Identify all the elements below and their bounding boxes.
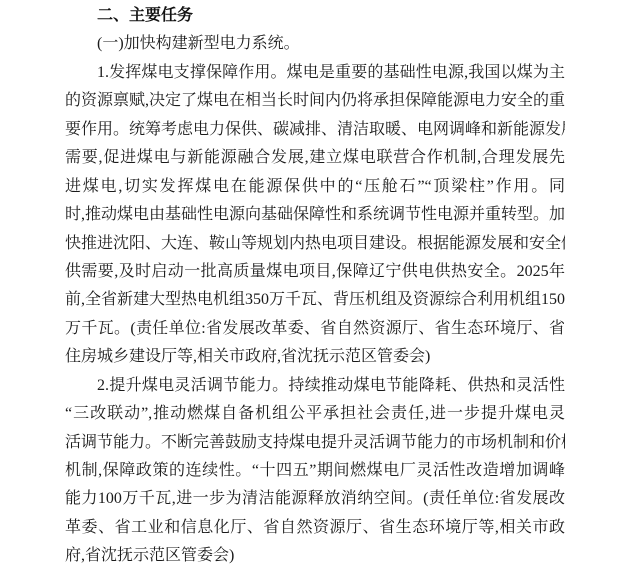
- text-line: 快推进沈阳、大连、鞍山等规划内热电项目建设。根据能源发展和安全保: [65, 230, 565, 258]
- text-line: 要作用。统筹考虑电力保供、碳减排、清洁取暖、电网调峰和新能源发展: [65, 116, 565, 144]
- paragraph-task-1: 1.发挥煤电支撑保障作用。煤电是重要的基础性电源,我国以煤为主的资源禀赋,决定了…: [65, 59, 565, 372]
- text-line: 万千瓦。(责任单位:省发展改革委、省自然资源厅、省生态环境厅、省: [65, 315, 565, 343]
- text-line: “三改联动”,推动燃煤自备机组公平承担社会责任,进一步提升煤电灵: [65, 400, 565, 428]
- text-line: 机制,保障政策的连续性。“十四五”期间燃煤电厂灵活性改造增加调峰: [65, 457, 565, 485]
- text-line: (一)加快构建新型电力系统。: [65, 30, 565, 58]
- text-line: 住房城乡建设厅等,相关市政府,省沈抚示范区管委会): [65, 343, 565, 371]
- text-line: 1.发挥煤电支撑保障作用。煤电是重要的基础性电源,我国以煤为主: [65, 59, 565, 87]
- text-line: 活调节能力。不断完善鼓励支持煤电提升灵活调节能力的市场机制和价格: [65, 429, 565, 457]
- text-line: 的资源禀赋,决定了煤电在相当长时间内仍将承担保障能源电力安全的重: [65, 87, 565, 115]
- document-page: 二、主要任务 (一)加快构建新型电力系统。1.发挥煤电支撑保障作用。煤电是重要的…: [0, 0, 640, 571]
- text-line: 需要,促进煤电与新能源融合发展,建立煤电联营合作机制,合理发展先: [65, 144, 565, 172]
- text-line: 前,全省新建大型热电机组350万千瓦、背压机组及资源综合利用机组150: [65, 286, 565, 314]
- text-line: 府,省沈抚示范区管委会): [65, 542, 565, 570]
- text-line: 能力100万千瓦,进一步为清洁能源释放消纳空间。(责任单位:省发展改: [65, 485, 565, 513]
- paragraph-task-2: 2.提升煤电灵活调节能力。持续推动煤电节能降耗、供热和灵活性“三改联动”,推动燃…: [65, 372, 565, 571]
- text-line: 进煤电,切实发挥煤电在能源保供中的“压舱石”“顶梁柱”作用。同: [65, 173, 565, 201]
- section-heading: 二、主要任务: [65, 2, 565, 30]
- text-line: 供需要,及时启动一批高质量煤电项目,保障辽宁供电供热安全。2025年: [65, 258, 565, 286]
- text-line: 时,推动煤电由基础性电源向基础保障性和系统调节性电源并重转型。加: [65, 201, 565, 229]
- paragraph-section-1-title: (一)加快构建新型电力系统。: [65, 30, 565, 58]
- text-line: 革委、省工业和信息化厅、省自然资源厅、省生态环境厅等,相关市政: [65, 514, 565, 542]
- text-line: 2.提升煤电灵活调节能力。持续推动煤电节能降耗、供热和灵活性: [65, 372, 565, 400]
- document-body: (一)加快构建新型电力系统。1.发挥煤电支撑保障作用。煤电是重要的基础性电源,我…: [65, 30, 565, 570]
